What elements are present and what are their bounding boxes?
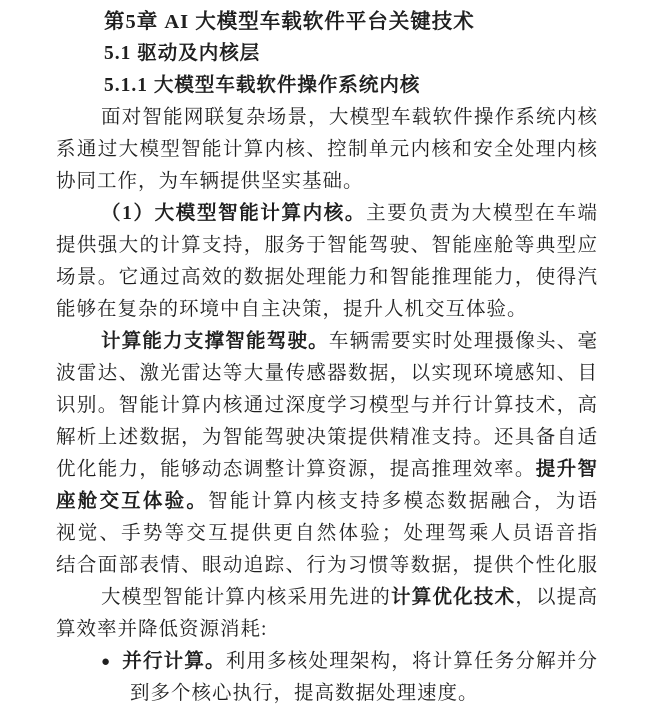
text-segment: （1）大模型智能计算内核。 xyxy=(101,203,366,224)
text-segment: 到多个核心执行，提高数据处理速度。 xyxy=(130,683,479,704)
text-segment: 视觉、手势等交互提供更自然体验；处理驾乘人员语音指令， xyxy=(56,523,598,550)
text-line: 场景。它通过高效的数据处理能力和智能推理能力，使得汽车 xyxy=(56,262,598,294)
text-segment: 并行计算。 xyxy=(122,651,225,672)
text-segment: 面对智能网联复杂场景，大模型车载软件操作系统内核体 xyxy=(101,107,598,134)
text-line: 大模型智能计算内核采用先进的计算优化技术，以提高计 xyxy=(56,582,598,614)
heading-subsection-5-1-1: 5.1.1 大模型车载软件操作系统内核 xyxy=(56,70,598,102)
text-line: 协同工作，为车辆提供坚实基础。 xyxy=(56,166,598,198)
text-segment: 能够在复杂的环境中自主决策，提升人机交互体验。 xyxy=(56,299,528,320)
text-segment: 解析上述数据，为智能驾驶决策提供精准支持。还具备自适应 xyxy=(56,427,598,454)
text-line: 计算能力支撑智能驾驶。车辆需要实时处理摄像头、毫米 xyxy=(56,326,598,358)
heading-section-5-1: 5.1 驱动及内核层 xyxy=(56,38,598,70)
text-segment: 结合面部表情、眼动追踪、行为习惯等数据，提供个性化服务。 xyxy=(56,555,598,582)
text-segment: 优化能力，能够动态调整计算资源，提高推理效率。 xyxy=(56,459,536,480)
text-segment: 座舱交互体验。 xyxy=(56,491,208,512)
document-body: 第5章 AI 大模型车载软件平台关键技术5.1 驱动及内核层5.1.1 大模型车… xyxy=(56,6,598,708)
text-segment: 系通过大模型智能计算内核、控制单元内核和安全处理内核的 xyxy=(56,139,598,166)
bullet-line: ●并行计算。利用多核处理架构，将计算任务分解并分配 xyxy=(56,646,598,678)
text-line: 系通过大模型智能计算内核、控制单元内核和安全处理内核的 xyxy=(56,134,598,166)
text-line: 面对智能网联复杂场景，大模型车载软件操作系统内核体 xyxy=(56,102,598,134)
text-segment: 识别。智能计算内核通过深度学习模型与并行计算技术，高效 xyxy=(56,395,598,422)
text-segment: 第5章 AI 大模型车载软件平台关键技术 xyxy=(104,11,475,33)
text-line: （1）大模型智能计算内核。主要负责为大模型在车端运行 xyxy=(56,198,598,230)
text-line: 视觉、手势等交互提供更自然体验；处理驾乘人员语音指令， xyxy=(56,518,598,550)
text-line: 波雷达、激光雷达等大量传感器数据，以实现环境感知、目标 xyxy=(56,358,598,390)
text-line: 解析上述数据，为智能驾驶决策提供精准支持。还具备自适应 xyxy=(56,422,598,454)
text-segment: 5.1.1 大模型车载软件操作系统内核 xyxy=(104,75,420,96)
text-segment: 计算优化技术 xyxy=(391,587,515,608)
heading-chapter: 第5章 AI 大模型车载软件平台关键技术 xyxy=(56,6,598,38)
text-segment: 大模型智能计算内核采用先进的 xyxy=(101,587,391,608)
text-line: 能够在复杂的环境中自主决策，提升人机交互体验。 xyxy=(56,294,598,326)
text-segment: 算效率并降低资源消耗: xyxy=(56,619,267,640)
text-segment: 波雷达、激光雷达等大量传感器数据，以实现环境感知、目标 xyxy=(56,363,598,390)
text-line: 算效率并降低资源消耗: xyxy=(56,614,598,646)
document-page: 第5章 AI 大模型车载软件平台关键技术5.1 驱动及内核层5.1.1 大模型车… xyxy=(0,0,664,708)
text-segment: 计算能力支撑智能驾驶。 xyxy=(101,331,329,352)
text-line: 提供强大的计算支持，服务于智能驾驶、智能座舱等典型应用 xyxy=(56,230,598,262)
text-line: 座舱交互体验。智能计算内核支持多模态数据融合，为语音、 xyxy=(56,486,598,518)
bullet-line-continuation: 到多个核心执行，提高数据处理速度。 xyxy=(56,678,598,708)
text-segment: 场景。它通过高效的数据处理能力和智能推理能力，使得汽车 xyxy=(56,267,598,294)
text-line: 优化能力，能够动态调整计算资源，提高推理效率。提升智能 xyxy=(56,454,598,486)
bullet-icon: ● xyxy=(101,654,111,670)
text-segment: 协同工作，为车辆提供坚实基础。 xyxy=(56,171,364,192)
text-line: 识别。智能计算内核通过深度学习模型与并行计算技术，高效 xyxy=(56,390,598,422)
text-segment: 提供强大的计算支持，服务于智能驾驶、智能座舱等典型应用 xyxy=(56,235,598,262)
text-segment: 5.1 驱动及内核层 xyxy=(104,43,260,64)
text-line: 结合面部表情、眼动追踪、行为习惯等数据，提供个性化服务。 xyxy=(56,550,598,582)
